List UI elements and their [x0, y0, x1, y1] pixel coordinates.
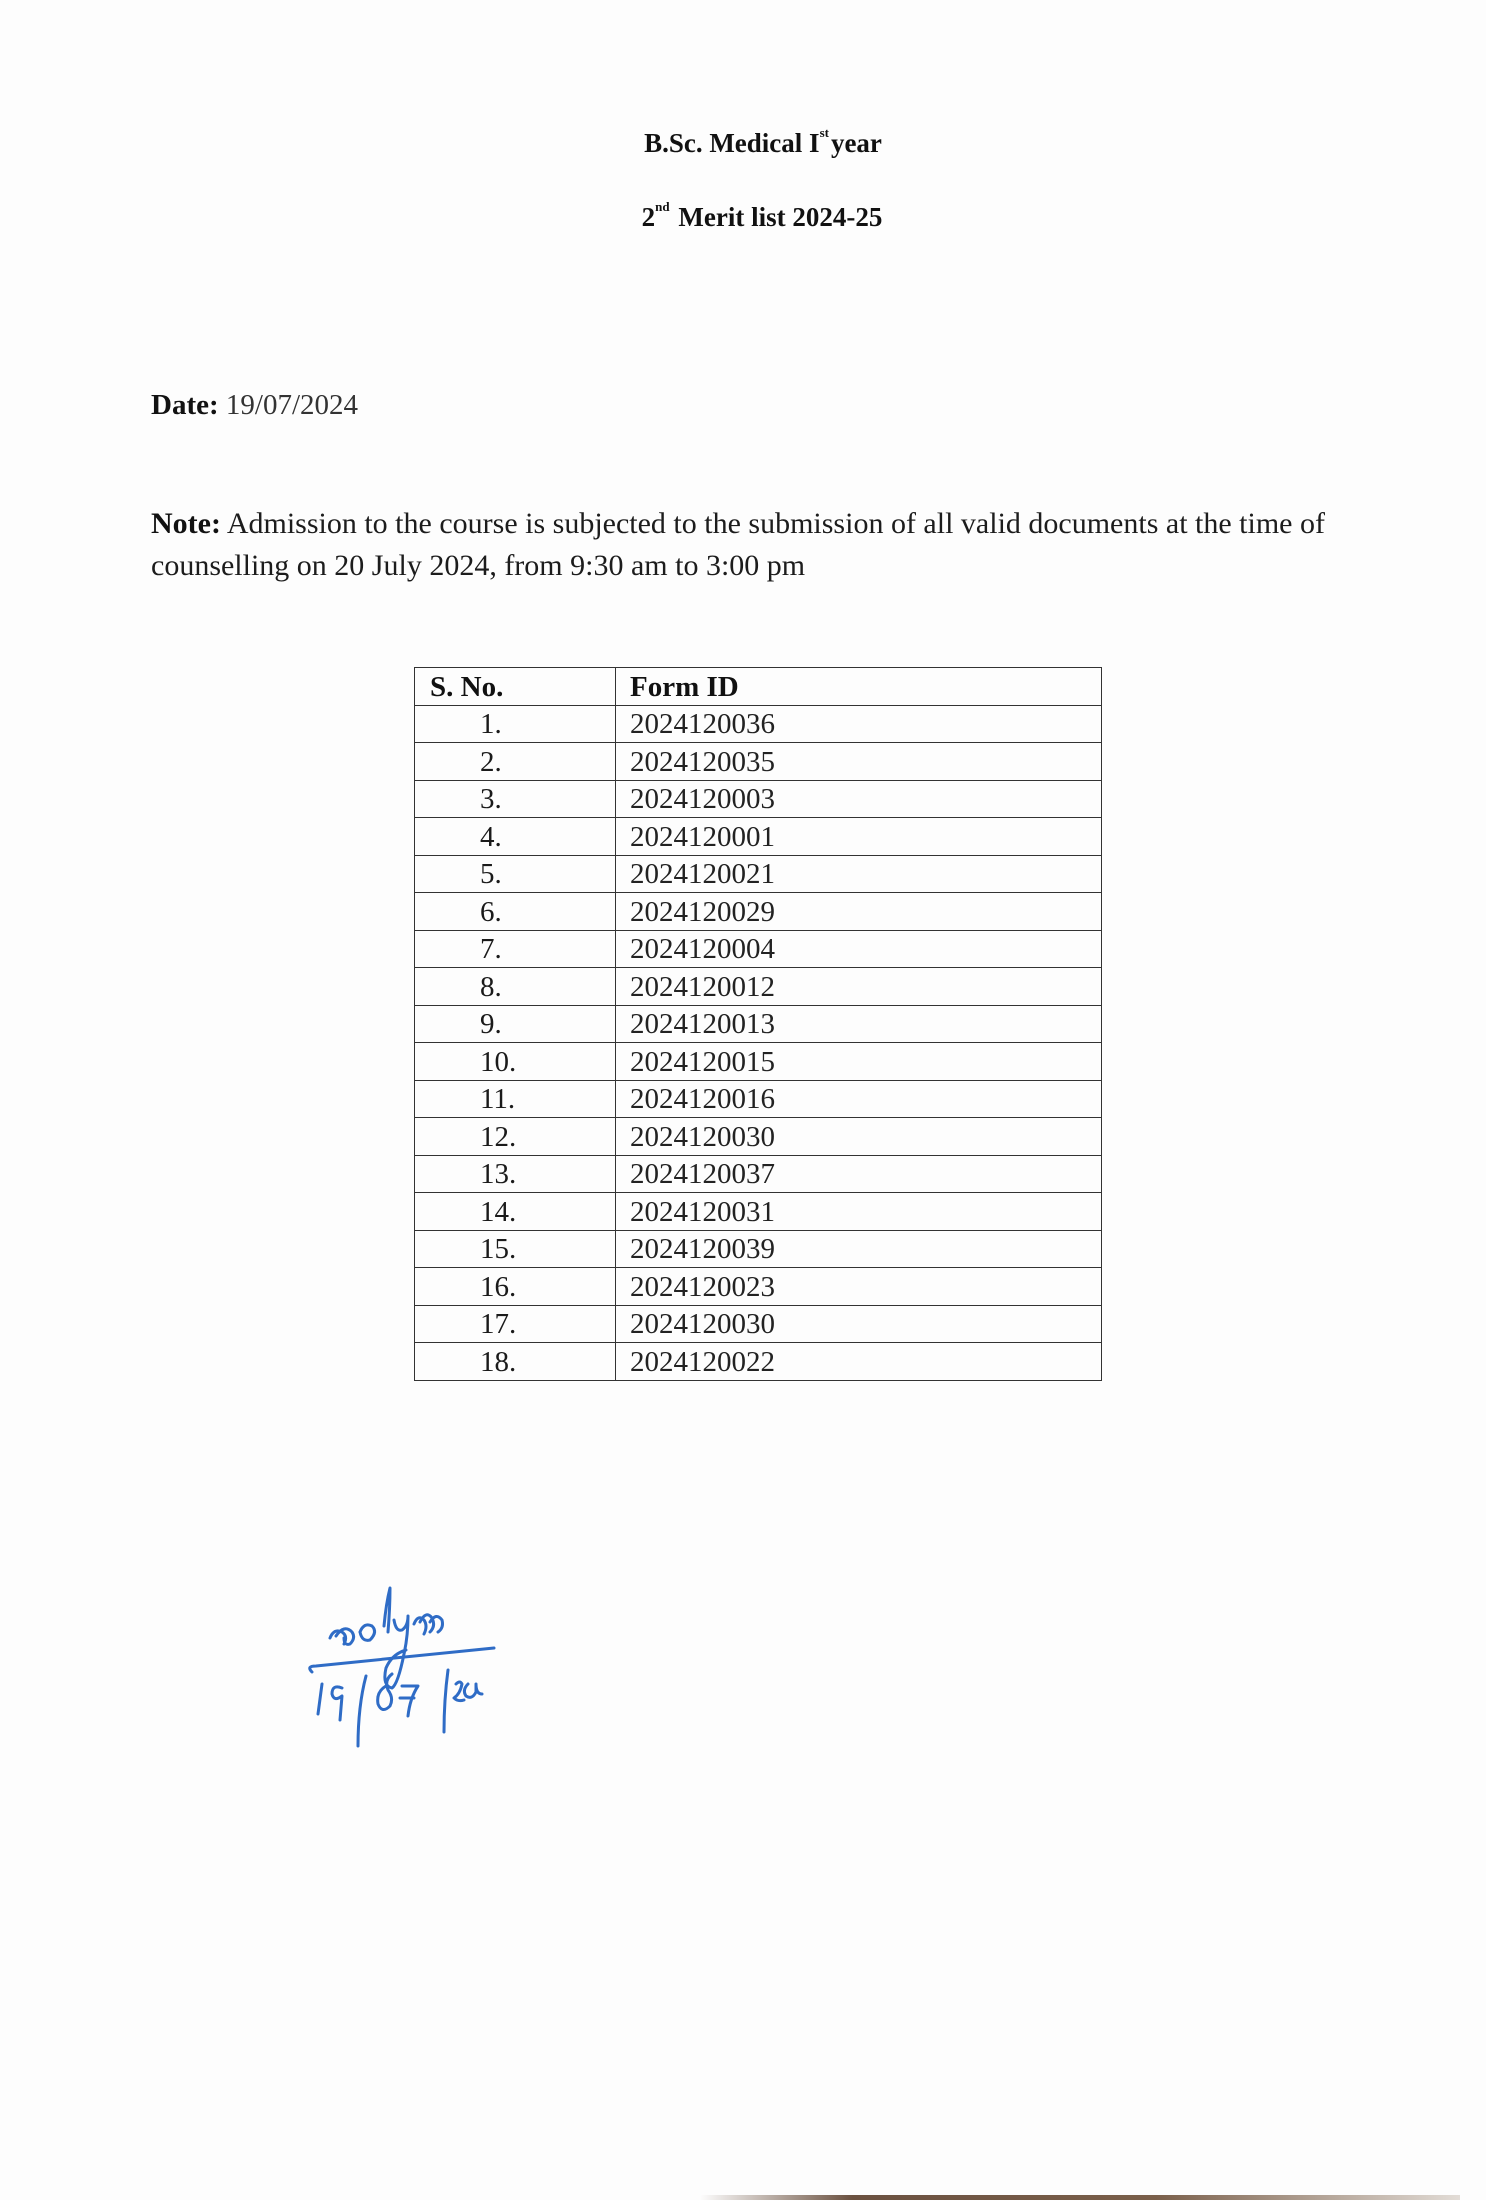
table-row: 14.2024120031	[415, 1193, 1102, 1231]
form-id-cell: 2024120036	[616, 705, 1102, 743]
signature	[290, 1580, 550, 1750]
serial-number-cell: 7.	[415, 930, 616, 968]
serial-number-cell: 16.	[415, 1268, 616, 1306]
heading-number: 2	[642, 202, 656, 232]
table-row: 10.2024120015	[415, 1043, 1102, 1081]
note-label: Note:	[151, 507, 221, 540]
header-form-id: Form ID	[616, 668, 1102, 706]
serial-number-cell: 18.	[415, 1343, 616, 1381]
serial-number-cell: 13.	[415, 1155, 616, 1193]
form-id-cell: 2024120013	[616, 1005, 1102, 1043]
serial-number-cell: 9.	[415, 1005, 616, 1043]
title-text: B.Sc. Medical I	[644, 128, 820, 158]
form-id-cell: 2024120037	[616, 1155, 1102, 1193]
form-id-cell: 2024120030	[616, 1118, 1102, 1156]
table-row: 3.2024120003	[415, 780, 1102, 818]
form-id-cell: 2024120016	[616, 1080, 1102, 1118]
form-id-cell: 2024120029	[616, 893, 1102, 931]
form-id-cell: 2024120035	[616, 743, 1102, 781]
form-id-cell: 2024120030	[616, 1305, 1102, 1343]
serial-number-cell: 15.	[415, 1230, 616, 1268]
form-id-cell: 2024120001	[616, 818, 1102, 856]
form-id-cell: 2024120021	[616, 855, 1102, 893]
serial-number-cell: 1.	[415, 705, 616, 743]
serial-number-cell: 4.	[415, 818, 616, 856]
merit-list-heading: 2nd Merit list 2024-25	[19, 202, 1486, 233]
admission-note: Note: Admission to the course is subject…	[151, 503, 1351, 587]
form-id-cell: 2024120023	[616, 1268, 1102, 1306]
serial-number-cell: 5.	[415, 855, 616, 893]
date-value: 19/07/2024	[226, 389, 358, 421]
table-row: 7.2024120004	[415, 930, 1102, 968]
table-row: 11.2024120016	[415, 1080, 1102, 1118]
form-id-cell: 2024120015	[616, 1043, 1102, 1081]
table-row: 1.2024120036	[415, 705, 1102, 743]
heading-text: Merit list 2024-25	[678, 202, 882, 232]
form-id-cell: 2024120004	[616, 930, 1102, 968]
form-id-cell: 2024120012	[616, 968, 1102, 1006]
note-text: Admission to the course is subjected to …	[151, 507, 1325, 582]
document-title: B.Sc. Medical Istyear	[20, 128, 1486, 159]
header-sno: S. No.	[415, 668, 616, 706]
table-row: 12.2024120030	[415, 1118, 1102, 1156]
table-row: 18.2024120022	[415, 1343, 1102, 1381]
page-edge-shadow	[700, 2195, 1460, 2200]
date-label: Date:	[151, 389, 219, 421]
serial-number-cell: 8.	[415, 968, 616, 1006]
table-row: 17.2024120030	[415, 1305, 1102, 1343]
serial-number-cell: 3.	[415, 780, 616, 818]
serial-number-cell: 10.	[415, 1043, 616, 1081]
table-row: 2.2024120035	[415, 743, 1102, 781]
heading-superscript: nd	[655, 199, 669, 214]
title-suffix: year	[831, 128, 882, 158]
form-id-cell: 2024120022	[616, 1343, 1102, 1381]
serial-number-cell: 11.	[415, 1080, 616, 1118]
table-row: 8.2024120012	[415, 968, 1102, 1006]
table-row: 13.2024120037	[415, 1155, 1102, 1193]
serial-number-cell: 14.	[415, 1193, 616, 1231]
serial-number-cell: 12.	[415, 1118, 616, 1156]
table-row: 5.2024120021	[415, 855, 1102, 893]
table-row: 6.2024120029	[415, 893, 1102, 931]
table-header-row: S. No. Form ID	[415, 668, 1102, 706]
serial-number-cell: 2.	[415, 743, 616, 781]
serial-number-cell: 6.	[415, 893, 616, 931]
serial-number-cell: 17.	[415, 1305, 616, 1343]
form-id-cell: 2024120031	[616, 1193, 1102, 1231]
table-row: 9.2024120013	[415, 1005, 1102, 1043]
form-id-cell: 2024120003	[616, 780, 1102, 818]
table-row: 15.2024120039	[415, 1230, 1102, 1268]
title-superscript: st	[820, 125, 829, 140]
table-row: 16.2024120023	[415, 1268, 1102, 1306]
date-line: Date: 19/07/2024	[151, 389, 358, 422]
table-row: 4.2024120001	[415, 818, 1102, 856]
form-id-cell: 2024120039	[616, 1230, 1102, 1268]
merit-list-table: S. No. Form ID 1.20241200362.20241200353…	[414, 667, 1102, 1381]
